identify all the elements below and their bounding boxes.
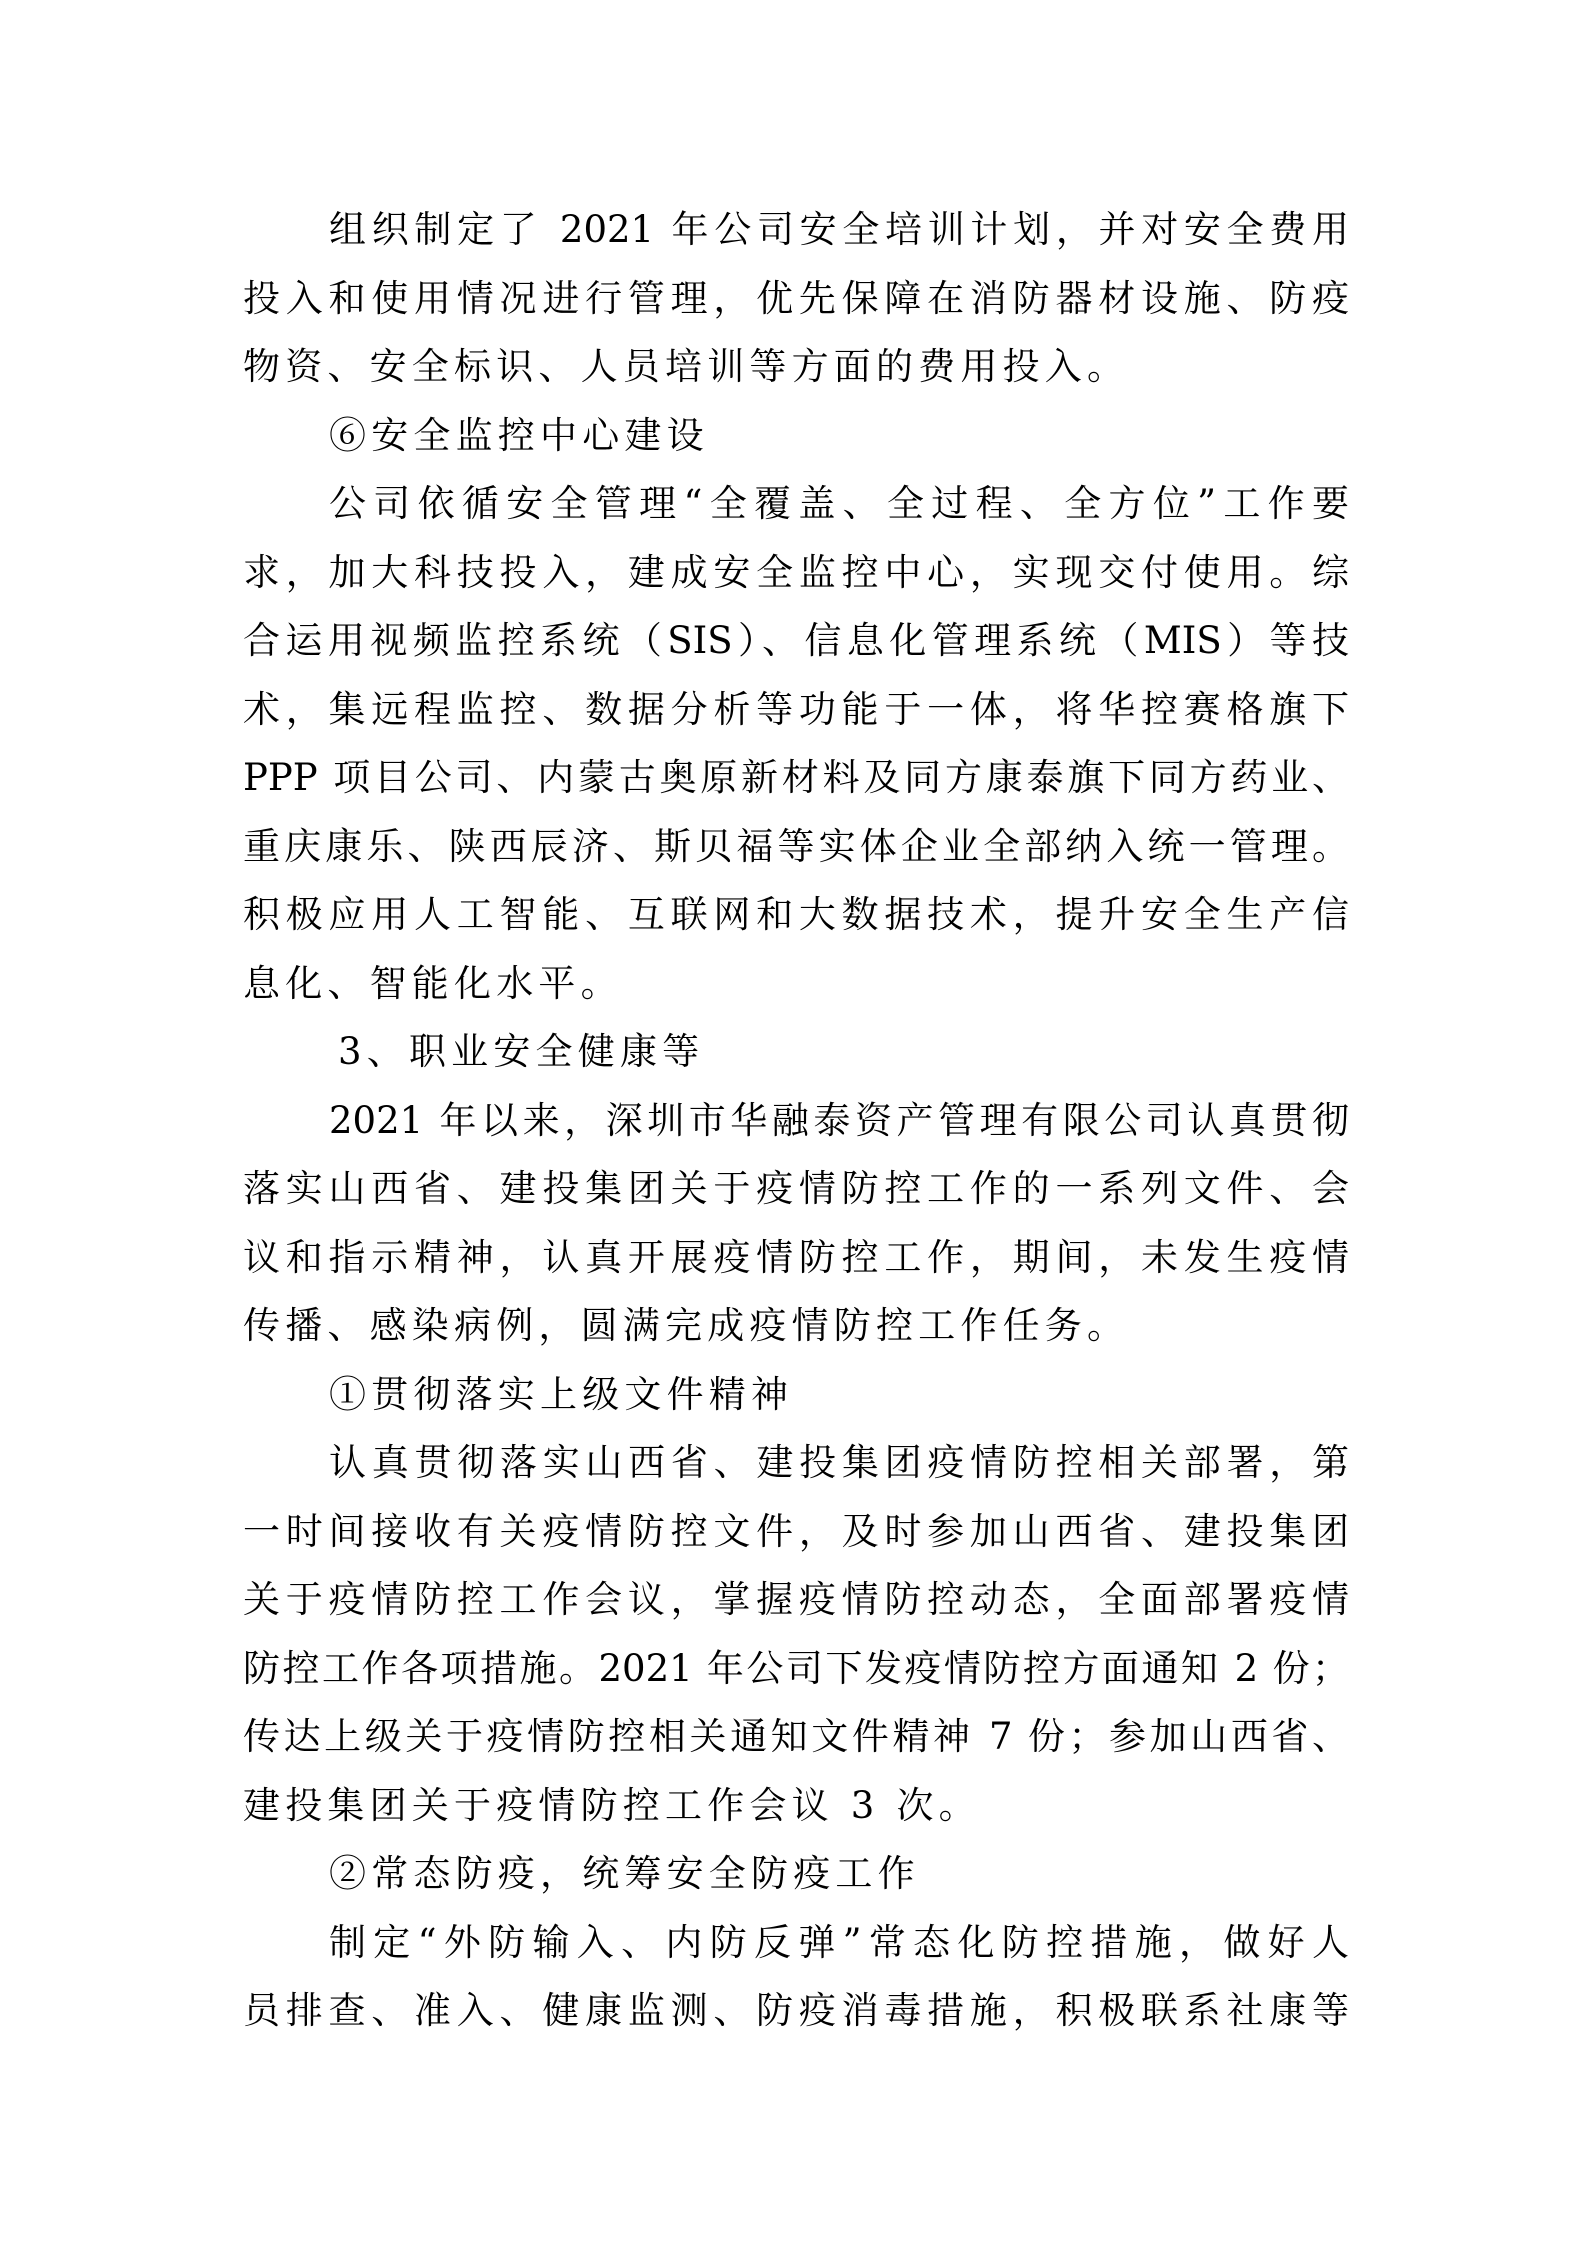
paragraph-line: 传播、感染病例，圆满完成疫情防控工作任务。 <box>243 1292 1349 1361</box>
subheading-safety-monitoring-center: ⑥安全监控中心建设 <box>243 402 1349 471</box>
paragraph-line: 员排查、准入、健康监测、防疫消毒措施，积极联系社康等 <box>243 1977 1349 2046</box>
paragraph-line: 求，加大科技投入，建成安全监控中心，实现交付使用。综 <box>243 539 1349 608</box>
paragraph-line: 关于疫情防控工作会议，掌握疫情防控动态，全面部署疫情 <box>243 1566 1349 1635</box>
subheading-implement-documents: ①贯彻落实上级文件精神 <box>243 1361 1349 1430</box>
paragraph-line: 合运用视频监控系统（SIS）、信息化管理系统（MIS）等技 <box>243 607 1349 676</box>
subheading-normalized-prevention: ②常态防疫，统筹安全防疫工作 <box>243 1840 1349 1909</box>
paragraph-line: 公司依循安全管理“全覆盖、全过程、全方位”工作要 <box>243 470 1349 539</box>
paragraph-line: 积极应用人工智能、互联网和大数据技术，提升安全生产信 <box>243 881 1349 950</box>
paragraph-line: 制定“外防输入、内防反弹”常态化防控措施，做好人 <box>243 1909 1349 1978</box>
paragraph-line: 一时间接收有关疫情防控文件，及时参加山西省、建投集团 <box>243 1498 1349 1567</box>
paragraph-line: 防控工作各项措施。2021 年公司下发疫情防控方面通知 2 份； <box>243 1635 1349 1704</box>
paragraph-line: PPP 项目公司、内蒙古奥原新材料及同方康泰旗下同方药业、 <box>243 744 1349 813</box>
paragraph-line: 物资、安全标识、人员培训等方面的费用投入。 <box>243 333 1349 402</box>
paragraph-line: 认真贯彻落实山西省、建投集团疫情防控相关部署，第 <box>243 1429 1349 1498</box>
document-page: 组织制定了 2021 年公司安全培训计划，并对安全费用 投入和使用情况进行管理，… <box>0 0 1587 2245</box>
paragraph-line: 落实山西省、建投集团关于疫情防控工作的一系列文件、会 <box>243 1155 1349 1224</box>
paragraph-line: 重庆康乐、陕西辰济、斯贝福等实体企业全部纳入统一管理。 <box>243 813 1349 882</box>
paragraph-line: 议和指示精神，认真开展疫情防控工作，期间，未发生疫情 <box>243 1224 1349 1293</box>
paragraph-line: 投入和使用情况进行管理，优先保障在消防器材设施、防疫 <box>243 265 1349 334</box>
paragraph-line: 建投集团关于疫情防控工作会议 3 次。 <box>243 1772 1349 1841</box>
paragraph-line: 术，集远程监控、数据分析等功能于一体，将华控赛格旗下 <box>243 676 1349 745</box>
section-heading-occupational-safety: 3、职业安全健康等 <box>243 1018 1349 1087</box>
paragraph-line: 2021 年以来，深圳市华融泰资产管理有限公司认真贯彻 <box>243 1087 1349 1156</box>
paragraph-line: 组织制定了 2021 年公司安全培训计划，并对安全费用 <box>243 196 1349 265</box>
document-body: 组织制定了 2021 年公司安全培训计划，并对安全费用 投入和使用情况进行管理，… <box>243 196 1349 2046</box>
paragraph-line: 息化、智能化水平。 <box>243 950 1349 1019</box>
paragraph-line: 传达上级关于疫情防控相关通知文件精神 7 份；参加山西省、 <box>243 1703 1349 1772</box>
